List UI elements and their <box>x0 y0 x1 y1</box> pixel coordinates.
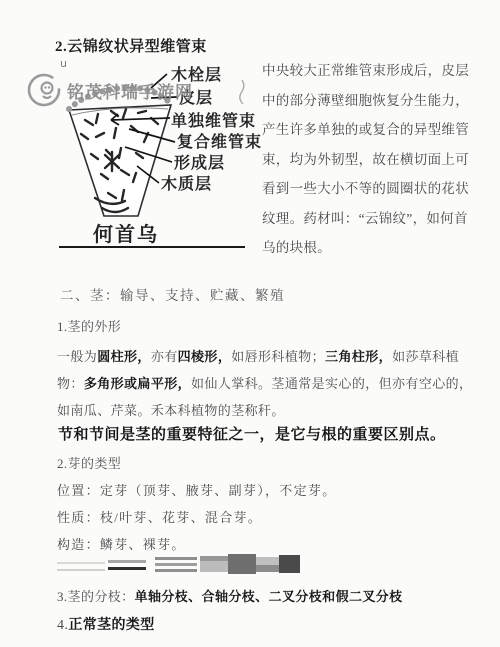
subheading-bud-types: 2.芽的类型 <box>57 453 121 472</box>
watermark-text: 铭茂科瑞手游网 <box>67 78 193 103</box>
paragraph-line: 乌的块根。 <box>262 236 472 266</box>
text-run: 3.茎的分枝： <box>57 589 135 604</box>
stem-shape-line-2: 物：多角形或扁平形，如仙人掌科。茎通常是实心的，但亦有空心的， <box>57 373 472 392</box>
description-paragraph: 中央较大正常维管束形成后，皮层 中的部分薄壁细胞恢复分生能力， 产生许多单独的或… <box>262 59 472 266</box>
figure-caption: 何首乌 <box>93 218 159 247</box>
text-run: 三角柱形， <box>325 349 392 364</box>
section-heading-stem: 二、茎：输导、支持、贮藏、繁殖 <box>60 284 285 304</box>
page-title: 2.云锦纹状异型维管束 <box>55 35 207 56</box>
text-run: 4. <box>57 618 68 633</box>
text-run: 正常茎的类型 <box>68 618 154 633</box>
text-run: 单轴分枝、合轴分枝、二叉分枝和假二叉分枝 <box>135 589 403 604</box>
paragraph-line: 束，均为外韧型，故在横切面上可 <box>262 148 472 178</box>
label-compound-bundle: 复合维管束 <box>177 129 262 152</box>
stem-shape-line-1: 一般为圆柱形，亦有四棱形，如唇形科植物；三角柱形，如莎草科植 <box>57 346 459 365</box>
faint-scribble <box>240 80 244 104</box>
image-strip <box>57 552 307 578</box>
watermark: 铭茂科瑞手游网 <box>25 71 193 109</box>
paragraph-line: 看到一些大小不等的圆圈状的花状 <box>262 177 472 207</box>
text-run: 四棱形， <box>178 349 232 364</box>
text-run: 如唇形科植物； <box>231 349 325 364</box>
bud-nature-line: 性质：枝/叶芽、花芽、混合芽。 <box>57 507 262 526</box>
figure-underline <box>59 246 245 248</box>
stem-shape-line-3: 如南瓜、芹菜。禾本科植物的茎称秆。 <box>57 400 285 419</box>
anatomy-figure: 木栓层 皮层 单独维管束 复合维管束 形成层 木质层 铭茂科瑞手游网 何首乌 <box>25 58 265 253</box>
label-cambium: 形成层 <box>174 150 225 173</box>
subheading-stem-shape: 1.茎的外形 <box>57 316 121 335</box>
stem-branching-line: 3.茎的分枝：单轴分枝、合轴分枝、二叉分枝和假二叉分枝 <box>57 586 403 605</box>
document-page: 2.云锦纹状异型维管束 u <box>0 0 500 647</box>
paragraph-line: 纹理。药材叫：“云锦纹”，如何首 <box>262 207 472 237</box>
text-run: 亦有 <box>151 349 178 364</box>
subheading-normal-stem-types: 4.正常茎的类型 <box>57 614 155 634</box>
text-run: 一般为 <box>57 349 97 364</box>
paragraph-line: 中央较大正常维管束形成后，皮层 <box>262 59 472 89</box>
paragraph-line: 中的部分薄壁细胞恢复分生能力， <box>262 89 472 119</box>
paragraph-line: 产生许多单独的或复合的异型维管 <box>262 118 472 148</box>
text-run: 物： <box>57 376 84 391</box>
bud-structure-line: 构造：鳞芽、裸芽。 <box>57 534 186 553</box>
label-single-bundle: 单独维管束 <box>171 108 256 131</box>
watermark-logo-icon <box>25 71 63 109</box>
text-run: 如莎草科植 <box>392 349 459 364</box>
text-run: 多角形或扁平形， <box>84 376 191 391</box>
text-run: 如仙人掌科。茎通常是实心的，但亦有空心的， <box>191 376 472 391</box>
bud-position-line: 位置：定芽（顶芽、腋芽、副芽），不定芽。 <box>57 480 337 499</box>
label-xylem: 木质层 <box>161 171 212 194</box>
text-run: 圆柱形， <box>97 349 151 364</box>
node-emphasis-line: 节和节间是茎的重要特征之一，是它与根的重要区别点。 <box>58 423 446 444</box>
